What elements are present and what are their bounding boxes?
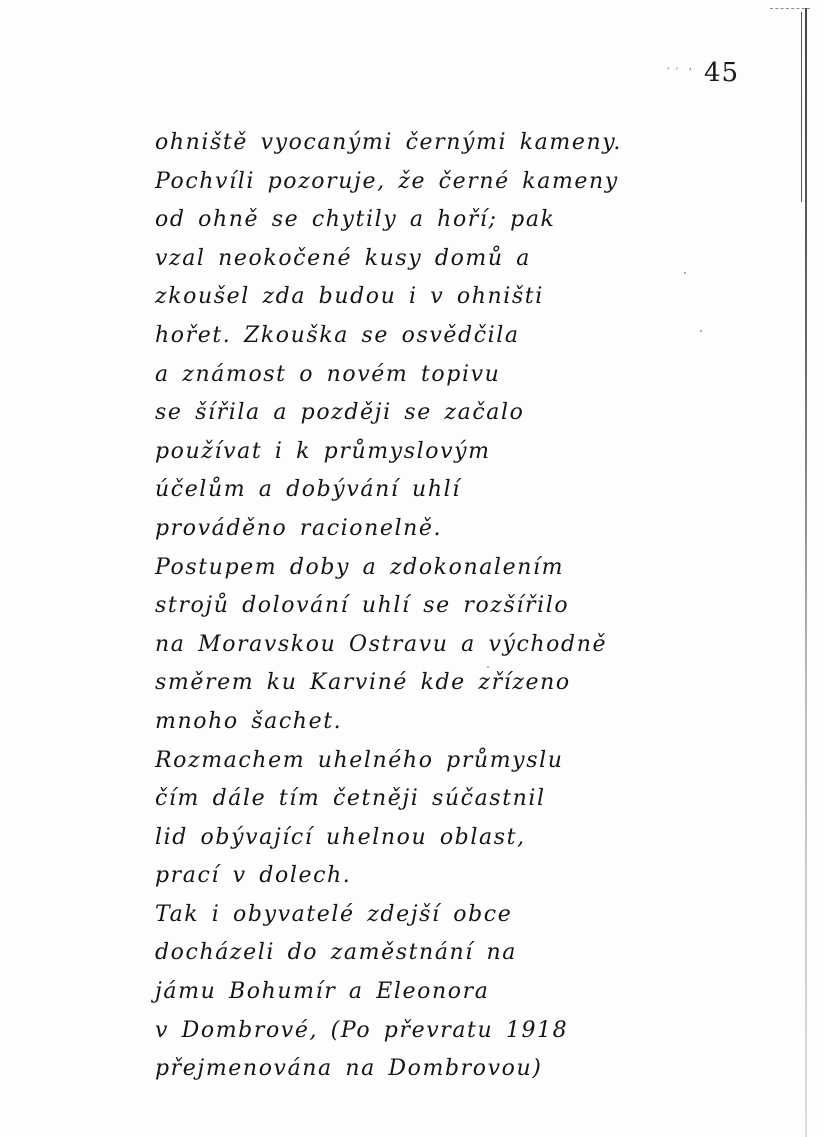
text-line: prací v dolech.: [155, 857, 715, 896]
text-line: směrem ku Karviné kde zřízeno: [155, 664, 715, 703]
text-line: mnoho šachet.: [155, 703, 715, 742]
page-binding-shadow: [801, 12, 802, 202]
text-line: čím dále tím četněji súčastnil: [155, 780, 715, 819]
text-line: používat i k průmyslovým: [155, 433, 715, 472]
text-line: Postupem doby a zdokonalením: [155, 549, 715, 588]
text-line: Tak i obyvatelé zdejší obce: [155, 896, 715, 935]
text-line: od ohně se chytily a hoří; pak: [155, 201, 715, 240]
text-line: v Dombrové, (Po převratu 1918: [155, 1012, 715, 1051]
text-line: strojů dolování uhlí se rozšířilo: [155, 587, 715, 626]
text-line: zkoušel zda budou i v ohništi: [155, 278, 715, 317]
text-line: jámu Bohumír a Eleonora: [155, 973, 715, 1012]
page-number: 45: [704, 58, 739, 88]
page-right-edge: [805, 8, 807, 1137]
text-line: ohniště vyocanými černými kameny.: [155, 124, 715, 163]
text-line: a známost o novém topivu: [155, 356, 715, 395]
text-line: Rozmachem uhelného průmyslu: [155, 742, 715, 781]
scan-speck: [684, 272, 686, 274]
text-line: docházeli do zaměstnání na: [155, 934, 715, 973]
handwritten-text-block: ohniště vyocanými černými kameny. Pochví…: [155, 124, 715, 1089]
page-number-marks: ´´ ’: [665, 66, 695, 79]
text-line: vzal neokočené kusy domů a: [155, 240, 715, 279]
text-line: účelům a dobývání uhlí: [155, 471, 715, 510]
page-top-edge: [770, 8, 810, 10]
scan-speck: [700, 330, 702, 332]
text-line: přejmenována na Dombrovou): [155, 1050, 715, 1089]
text-line: na Moravskou Ostravu a východně: [155, 626, 715, 665]
text-line: se šířila a později se začalo: [155, 394, 715, 433]
text-line: Pochvíli pozoruje, že černé kameny: [155, 163, 715, 202]
scanned-document-page: ´´ ’ 45 ohniště vyocanými černými kameny…: [0, 0, 824, 1137]
text-line: prováděno racionelně.: [155, 510, 715, 549]
text-line: lid obývající uhelnou oblast,: [155, 819, 715, 858]
scan-speck: [487, 666, 489, 668]
text-line: hořet. Zkouška se osvědčila: [155, 317, 715, 356]
scan-speck: [495, 832, 497, 834]
